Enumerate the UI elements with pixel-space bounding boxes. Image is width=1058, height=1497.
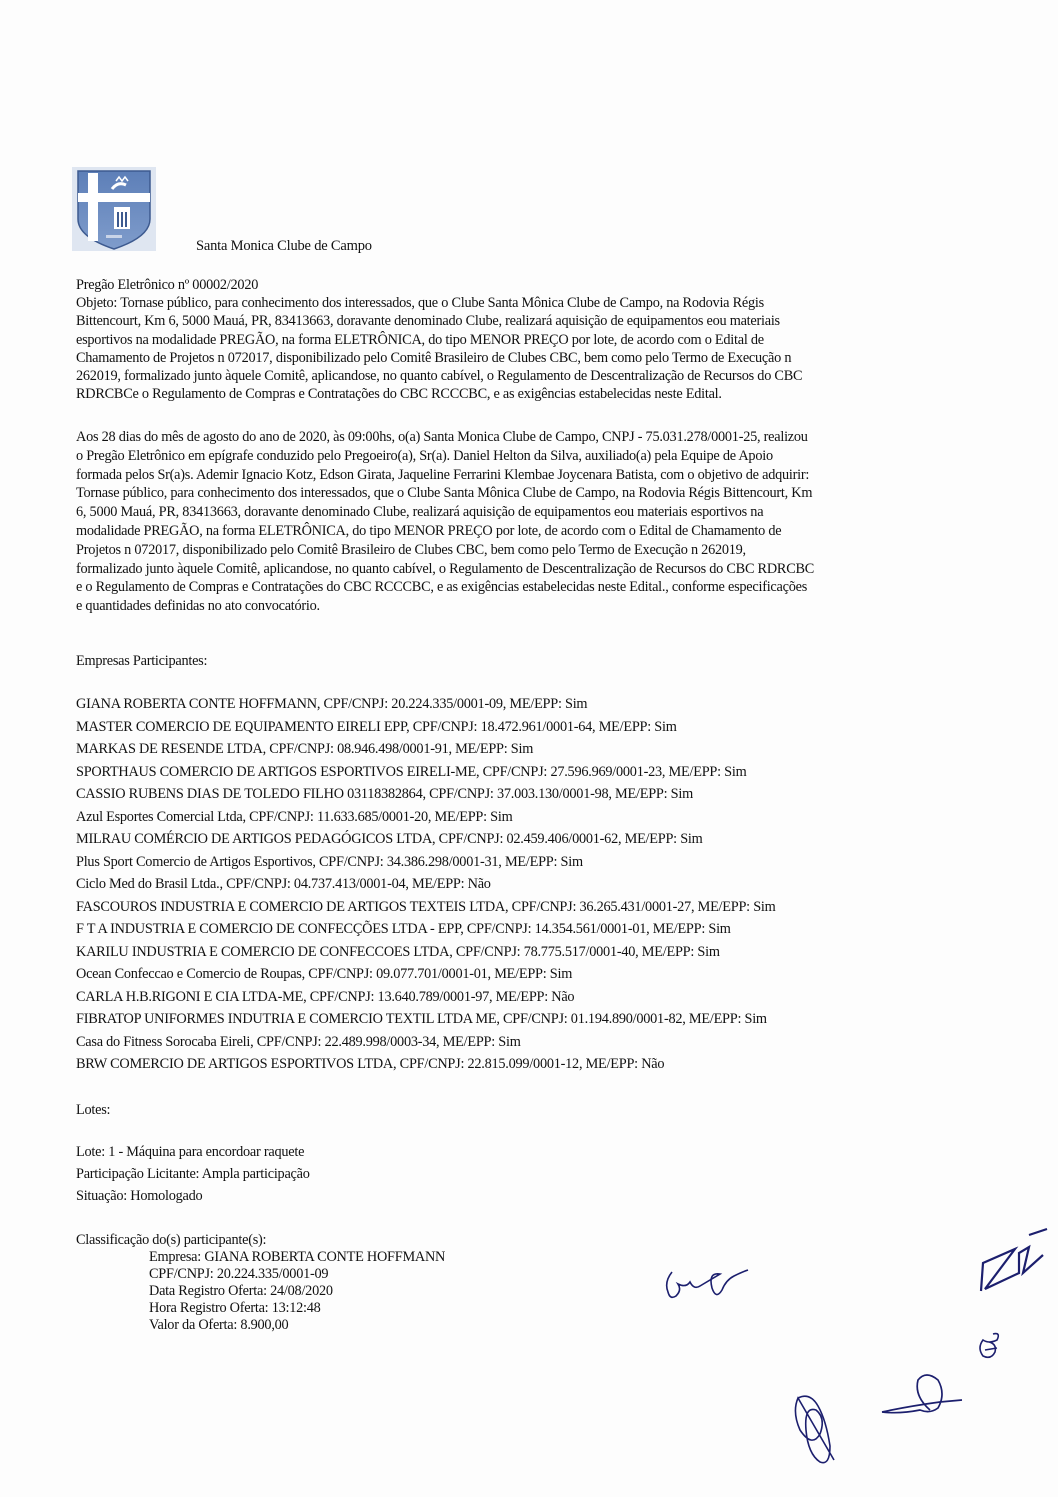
list-item: FIBRATOP UNIFORMES INDUTRIA E COMERCIO T…: [76, 1008, 1006, 1031]
objeto-line: RDRCBCe o Regulamento de Compras e Contr…: [76, 385, 1006, 403]
ata-line: formada pelos Sr(a)s. Ademir Ignacio Kot…: [76, 466, 1006, 485]
ata-line: e o Regulamento de Compras e Contrataçõe…: [76, 578, 1006, 597]
pregao-title: Pregão Eletrônico nº 00002/2020: [76, 276, 1006, 294]
lotes-heading: Lotes:: [76, 1101, 1006, 1119]
handwritten-signature-icon: [880, 1370, 965, 1420]
empresas-list: GIANA ROBERTA CONTE HOFFMANN, CPF/CNPJ: …: [76, 693, 1006, 1076]
empresas-heading: Empresas Participantes:: [76, 652, 1006, 670]
ata-line: Tornase público, para conhecimento dos i…: [76, 484, 1006, 503]
ata-paragraph: Aos 28 dias do mês de agosto do ano de 2…: [76, 428, 1006, 616]
handwritten-initials-icon: [975, 1328, 1005, 1363]
objeto-line: esportivos na modalidade PREGÃO, na form…: [76, 331, 1006, 349]
list-item: CARLA H.B.RIGONI E CIA LTDA-ME, CPF/CNPJ…: [76, 986, 1006, 1009]
lote-title: Lote: 1 - Máquina para encordoar raquete: [76, 1141, 1006, 1163]
list-item: FASCOUROS INDUSTRIA E COMERCIO DE ARTIGO…: [76, 896, 1006, 919]
lote-situacao: Situação: Homologado: [76, 1185, 1006, 1207]
list-item: Casa do Fitness Sorocaba Eireli, CPF/CNP…: [76, 1031, 1006, 1054]
objeto-line: Bittencourt, Km 6, 5000 Mauá, PR, 834136…: [76, 312, 1006, 330]
list-item: MARKAS DE RESENDE LTDA, CPF/CNPJ: 08.946…: [76, 738, 1006, 761]
classificacao-hora: Hora Registro Oferta: 13:12:48: [76, 1300, 1006, 1317]
objeto-line: Objeto: Tornase público, para conhecimen…: [76, 294, 1006, 312]
lote-participacao: Participação Licitante: Ampla participaç…: [76, 1163, 1006, 1185]
ata-line: formalizado junto àquele Comitê, aplican…: [76, 560, 1006, 579]
handwritten-initials-icon: [975, 1225, 1050, 1295]
list-item: KARILU INDUSTRIA E COMERCIO DE CONFECCOE…: [76, 941, 1006, 964]
club-crest-shield-icon: [72, 167, 156, 251]
classificacao-cnpj: CPF/CNPJ: 20.224.335/0001-09: [76, 1266, 1006, 1283]
handwritten-signature-icon: [660, 1260, 770, 1320]
list-item: Azul Esportes Comercial Ltda, CPF/CNPJ: …: [76, 806, 1006, 829]
handwritten-signature-icon: [790, 1390, 840, 1470]
document-page: Santa Monica Clube de Campo Pregão Eletr…: [0, 0, 1058, 1497]
list-item: Ocean Confeccao e Comercio de Roupas, CP…: [76, 963, 1006, 986]
list-item: BRW COMERCIO DE ARTIGOS ESPORTIVOS LTDA,…: [76, 1053, 1006, 1076]
classificacao-data: Data Registro Oferta: 24/08/2020: [76, 1283, 1006, 1300]
list-item: Ciclo Med do Brasil Ltda., CPF/CNPJ: 04.…: [76, 873, 1006, 896]
list-item: GIANA ROBERTA CONTE HOFFMANN, CPF/CNPJ: …: [76, 693, 1006, 716]
list-item: Plus Sport Comercio de Artigos Esportivo…: [76, 851, 1006, 874]
objeto-line: Chamamento de Projetos n 072017, disponi…: [76, 349, 1006, 367]
list-item: F T A INDUSTRIA E COMERCIO DE CONFECÇÕES…: [76, 918, 1006, 941]
ata-line: e quantidades definidas no ato convocató…: [76, 597, 1006, 616]
classificacao-empresa: Empresa: GIANA ROBERTA CONTE HOFFMANN: [76, 1249, 1006, 1266]
ata-line: modalidade PREGÃO, na forma ELETRÔNICA, …: [76, 522, 1006, 541]
classificacao-heading: Classificação do(s) participante(s):: [76, 1232, 1006, 1249]
classificacao-section: Classificação do(s) participante(s): Emp…: [76, 1232, 1006, 1334]
pregao-section: Pregão Eletrônico nº 00002/2020 Objeto: …: [76, 276, 1006, 403]
ata-line: Projetos n 072017, disponibilizado pelo …: [76, 541, 1006, 560]
list-item: SPORTHAUS COMERCIO DE ARTIGOS ESPORTIVOS…: [76, 761, 1006, 784]
classificacao-valor: Valor da Oferta: 8.900,00: [76, 1317, 1006, 1334]
ata-line: Aos 28 dias do mês de agosto do ano de 2…: [76, 428, 1006, 447]
ata-line: 6, 5000 Mauá, PR, 83413663, doravante de…: [76, 503, 1006, 522]
list-item: CASSIO RUBENS DIAS DE TOLEDO FILHO 03118…: [76, 783, 1006, 806]
objeto-line: 262019, formalizado junto àquele Comitê,…: [76, 367, 1006, 385]
ata-line: o Pregão Eletrônico em epígrafe conduzid…: [76, 447, 1006, 466]
list-item: MILRAU COMÉRCIO DE ARTIGOS PEDAGÓGICOS L…: [76, 828, 1006, 851]
organization-name: Santa Monica Clube de Campo: [196, 238, 372, 255]
lote-details: Lote: 1 - Máquina para encordoar raquete…: [76, 1141, 1006, 1207]
list-item: MASTER COMERCIO DE EQUIPAMENTO EIRELI EP…: [76, 716, 1006, 739]
